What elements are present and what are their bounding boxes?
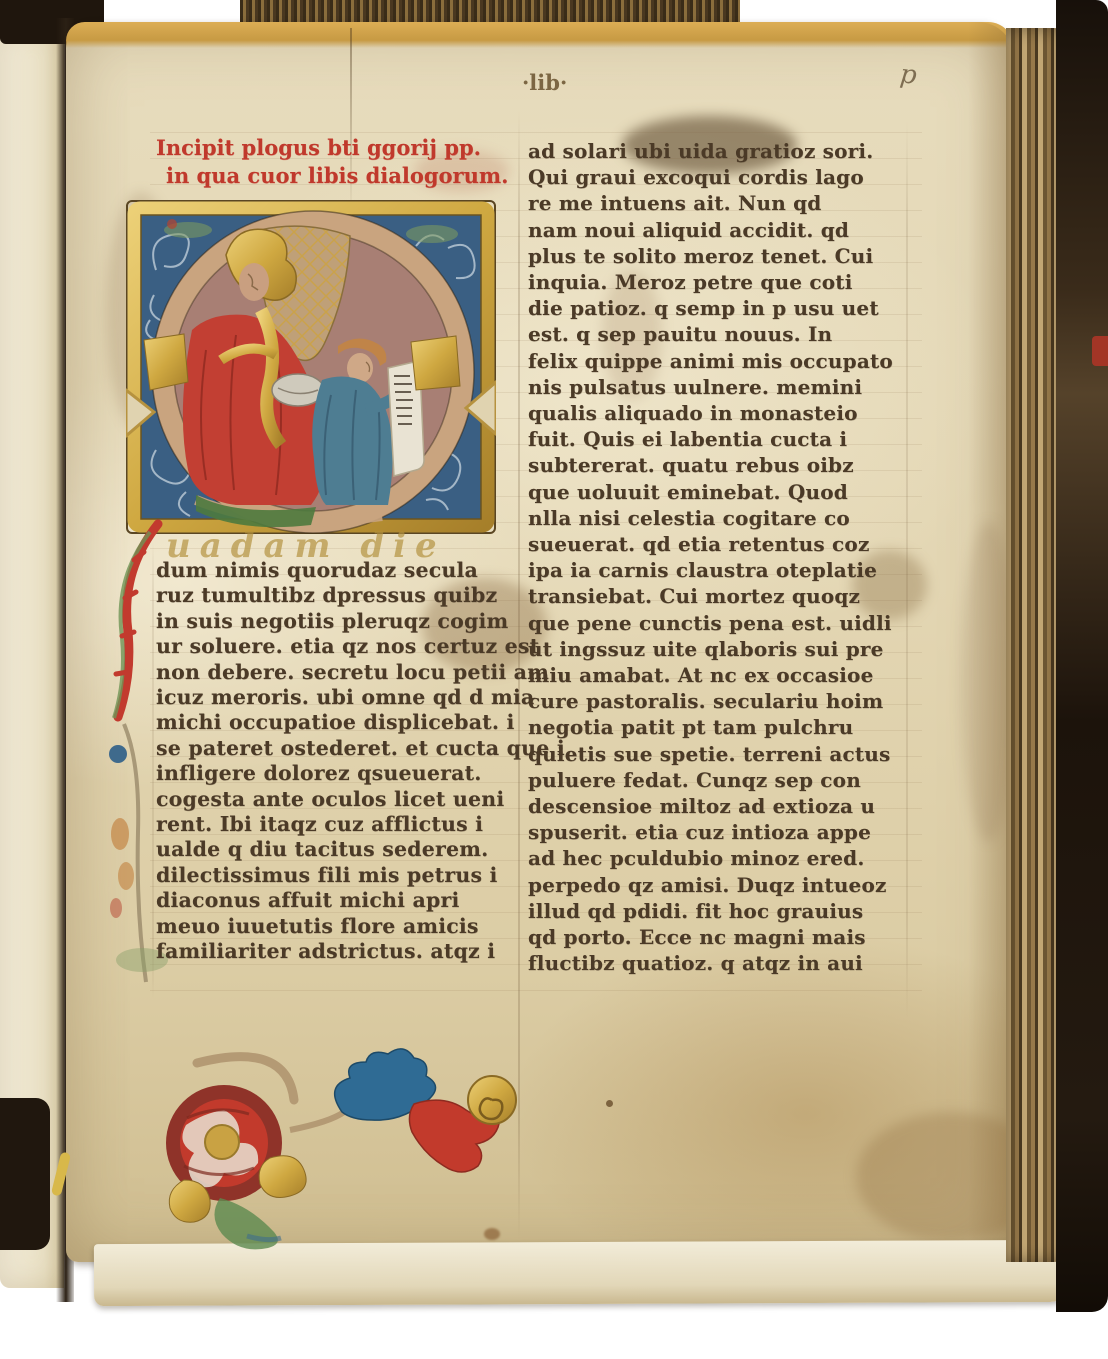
red-dab [167,219,177,229]
gold-leaf-patch-right [411,336,460,390]
right-text-column: ad solari ubi uida gratioz sori.Qui grau… [528,138,920,977]
gold-leaf-patch-left [144,334,188,390]
text-line: non debere. secretu locu petii am [156,660,522,685]
book-headband-edge [240,0,740,22]
gold-center [205,1125,239,1159]
gold-leaf [259,1156,306,1198]
orange-dab [111,818,129,850]
stem [124,724,146,982]
text-line: infligere dolorez qsueuerat. [156,761,522,786]
folio-mark: p [898,59,918,91]
text-line: quietis sue spetie. terreni actus [528,741,920,767]
text-line: ipa ia carnis claustra oteplatie [528,557,920,583]
pope-face [239,263,269,301]
spot [606,1100,613,1107]
binding-corner-bottom-left [0,1098,50,1250]
text-line: nam noui aliquid accidit. qd [528,217,920,243]
book-cover-edge [1056,0,1108,1312]
text-line: felix quippe animi mis occupato [528,348,920,374]
text-line: diaconus affuit michi apri [156,888,522,913]
text-line: qd porto. Ecce nc magni mais [528,924,920,950]
text-line: ad solari ubi uida gratioz sori. [528,138,920,164]
red-edge-mark [1092,336,1108,366]
rubric: Incipit plogus bti ggorij pp. in qua cuo… [156,134,526,190]
text-line: puluere fedat. Cunqz sep con [528,767,920,793]
historiated-initial-illumination [126,200,496,534]
orange-dab [118,862,134,890]
text-line: Qui graui excoqui cordis lago [528,164,920,190]
text-line: subtererat. quatu rebus oibz [528,452,920,478]
text-line: ur soluere. etia qz nos certuz est [156,634,522,659]
rubric-line-1: Incipit plogus bti ggorij pp. [156,134,526,162]
left-text-column: dum nimis quorudaz secularuz tumultibz d… [156,558,522,965]
text-line: se pateret ostederet. et cucta que i [156,736,522,761]
text-line: meuo iuuetutis flore amicis [156,914,522,939]
text-line: perpedo qz amisi. Duqz intueoz [528,872,920,898]
text-line: que uoluuit eminebat. Quod [528,479,920,505]
text-line: fuit. Quis ei labentia cucta i [528,426,920,452]
fore-edge-page-stack [1006,28,1062,1262]
text-line: negotia patit pt tam pulchru [528,714,920,740]
text-line: illud qd pdidi. fit hoc grauius [528,898,920,924]
text-line: in suis negotiis pleruqz cogim [156,609,522,634]
manuscript-photo: ·lib· p Incipit plogus bti ggorij pp. in… [0,0,1108,1359]
text-line: fluctibz quatioz. q atqz in aui [528,950,920,976]
quire-mark: ·lib· [522,70,567,95]
text-line: est. q sep pauitu nouus. In [528,321,920,347]
text-line: plus te solito meroz tenet. Cui [528,243,920,269]
blue-bud [109,745,127,763]
page-top-edge [66,22,1014,48]
text-line: que pene cunctis pena est. uidli [528,610,920,636]
text-line: miu amabat. At nc ex occasioe [528,662,920,688]
text-line: ualde q diu tacitus sederem. [156,837,522,862]
text-line: sueuerat. qd etia retentus coz [528,531,920,557]
text-line: ruz tumultibz dpressus quibz [156,583,522,608]
text-line: descensioe miltoz ad extioza u [528,793,920,819]
green-dab [406,225,458,243]
text-line: familiariter adstrictus. atqz i [156,939,522,964]
text-line: icuz meroris. ubi omne qd d mia [156,685,522,710]
text-line: cogesta ante oculos licet ueni [156,787,522,812]
text-line: spuserit. etia cuz intioza appe [528,819,920,845]
text-line: dilectissimus fili mis petrus i [156,863,522,888]
rubric-line-2: in qua cuor libis dialogorum. [156,162,526,190]
text-line: qualis aliquado in monasteio [528,400,920,426]
text-line: inquia. Meroz petre que coti [528,269,920,295]
text-line: die patioz. q semp in p usu uet [528,295,920,321]
stem [290,1112,344,1130]
bottom-floral-ornament [92,1038,532,1253]
text-line: ad hec pculdubio minoz ered. [528,845,920,871]
text-line: re me intuens ait. Nun qd [528,190,920,216]
text-line: rent. Ibi itaqz cuz afflictus i [156,812,522,837]
text-line: cure pastoralis. seculariu hoim [528,688,920,714]
text-line: dum nimis quorudaz secula [156,558,522,583]
text-line: ut ingssuz uite qlaboris sui pre [528,636,920,662]
text-line: michi occupatioe displicebat. i [156,710,522,735]
text-line: transiebat. Cui mortez quoqz [528,583,920,609]
text-line: nis pulsatus uulnere. memini [528,374,920,400]
text-line: nlla nisi celestia cogitare co [528,505,920,531]
red-dab [110,898,122,918]
